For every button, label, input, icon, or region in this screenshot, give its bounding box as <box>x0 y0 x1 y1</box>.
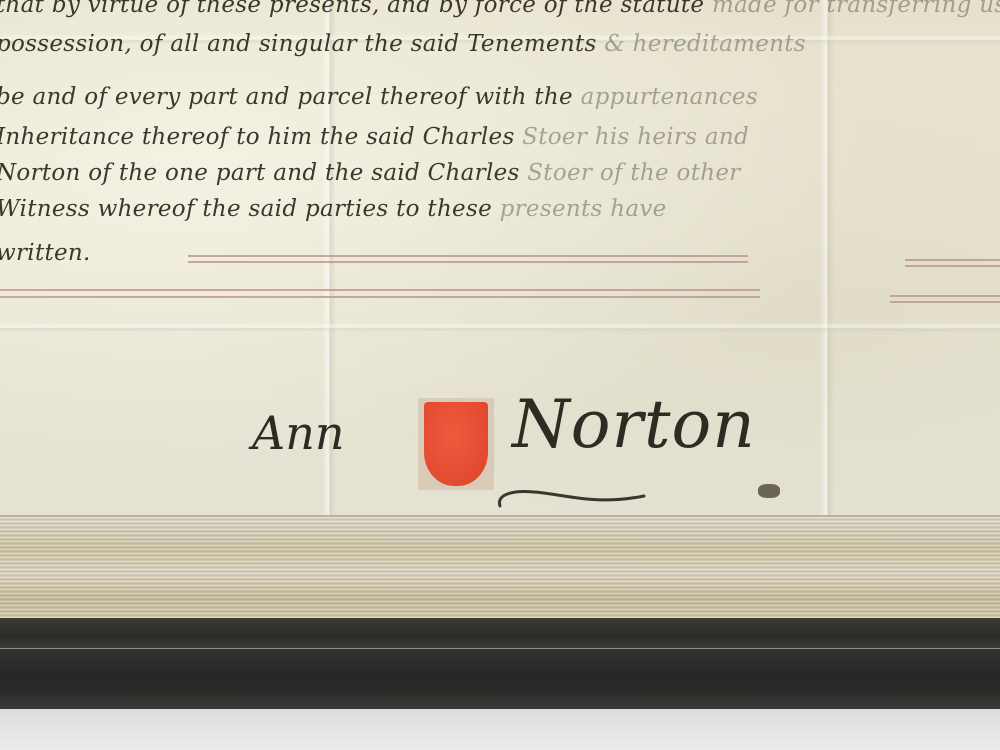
ruled-line <box>890 295 1000 297</box>
fold-crease-vertical <box>820 0 834 515</box>
ruled-line <box>188 255 748 257</box>
ruled-line <box>0 289 760 291</box>
red-wax <box>424 402 488 486</box>
frame-dark-moulding-lower <box>0 649 1000 694</box>
manuscript-line-5: Norton of the one part and the said Char… <box>0 160 741 186</box>
frame-gilt-moulding <box>0 515 1000 620</box>
manuscript-line-4: Inheritance thereof to him the said Char… <box>0 124 749 150</box>
manuscript-line-1: that by virtue of these presents, and by… <box>0 0 1000 18</box>
ruled-line <box>905 265 1000 267</box>
manuscript-line-6: Witness whereof the said parties to thes… <box>0 196 667 222</box>
ruled-line <box>188 261 748 263</box>
ruled-line <box>0 296 760 298</box>
ink-blot <box>758 484 780 498</box>
manuscript-line-7: written. <box>0 240 91 266</box>
fold-crease-horizontal <box>0 322 1000 332</box>
manuscript-line-3: be and of every part and parcel thereof … <box>0 84 758 110</box>
parchment-document: that by virtue of these presents, and by… <box>0 0 1000 515</box>
frame-edge <box>0 694 1000 709</box>
frame-dark-moulding-upper <box>0 618 1000 649</box>
manuscript-line-2: possession, of all and singular the said… <box>0 31 806 57</box>
wax-seal <box>418 398 494 490</box>
ruled-line <box>905 259 1000 261</box>
background-surface <box>0 709 1000 750</box>
signature-first-name: Ann <box>252 406 344 460</box>
signature-flourish <box>494 484 664 510</box>
ruled-line <box>890 301 1000 303</box>
signature-surname: Norton <box>512 386 756 463</box>
